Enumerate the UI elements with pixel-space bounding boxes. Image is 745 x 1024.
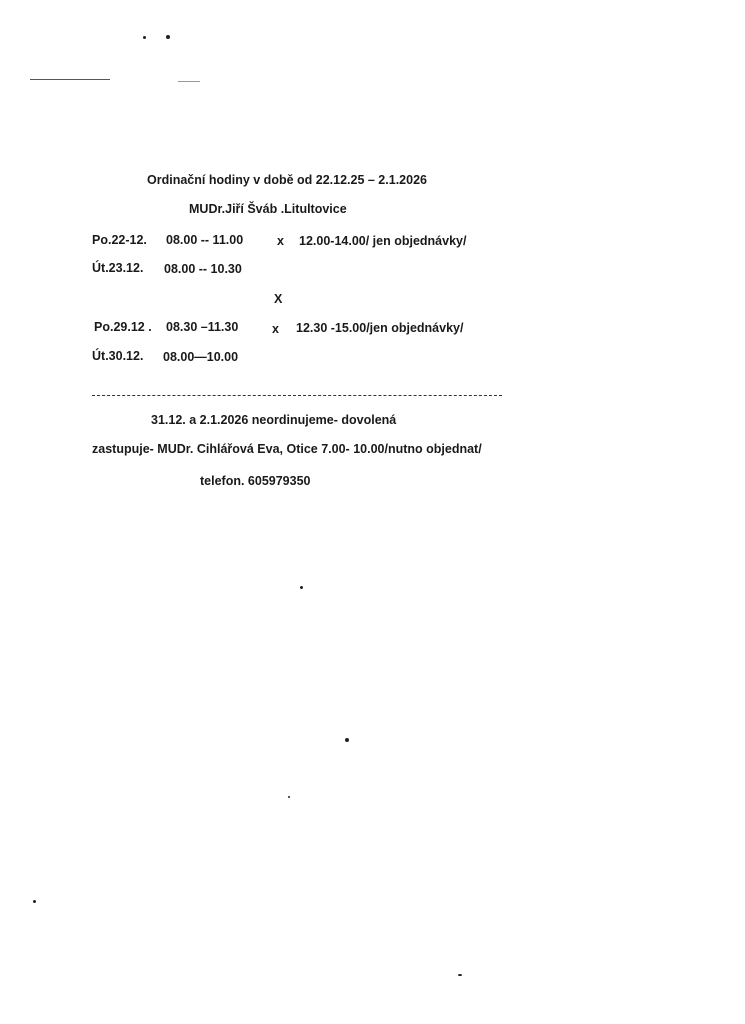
- scan-artifact-dot: [33, 900, 36, 903]
- scan-artifact-dot: [458, 974, 462, 976]
- schedule-day: Út.30.12.: [92, 349, 143, 363]
- phone-number: telefon. 605979350: [200, 474, 311, 488]
- schedule-hours: 08.00—10.00: [163, 350, 238, 364]
- schedule-separator: x: [272, 322, 279, 336]
- scan-artifact-dot: [143, 36, 146, 39]
- schedule-extra: 12.00-14.00/ jen objednávky/: [299, 234, 466, 248]
- schedule-hours: 08.00 -- 11.00: [166, 233, 243, 247]
- schedule-extra: 12.30 -15.00/jen objednávky/: [296, 321, 463, 335]
- schedule-day: Út.23.12.: [92, 261, 143, 275]
- schedule-separator: X: [274, 292, 282, 306]
- schedule-hours: 08.00 -- 10.30: [164, 262, 242, 276]
- scan-artifact-dot: [300, 586, 303, 589]
- scan-artifact-dot: [288, 796, 290, 798]
- document-title: Ordinační hodiny v době od 22.12.25 – 2.…: [147, 173, 427, 187]
- scan-artifact-dot: [345, 738, 349, 742]
- closed-notice: 31.12. a 2.1.2026 neordinujeme- dovolená: [151, 413, 396, 427]
- scan-artifact-line: [178, 81, 200, 82]
- scan-artifact-dot: [166, 35, 170, 39]
- substitute-notice: zastupuje- MUDr. Cihlářová Eva, Otice 7.…: [92, 442, 482, 456]
- schedule-day: Po.22-12.: [92, 233, 147, 247]
- dashed-divider: [92, 395, 502, 396]
- schedule-day: Po.29.12 .: [94, 320, 152, 334]
- doctor-name: MUDr.Jiří Šváb .Litultovice: [189, 202, 347, 216]
- schedule-hours: 08.30 –11.30: [166, 320, 238, 334]
- schedule-separator: x: [277, 234, 284, 248]
- scan-artifact-line: [30, 79, 110, 80]
